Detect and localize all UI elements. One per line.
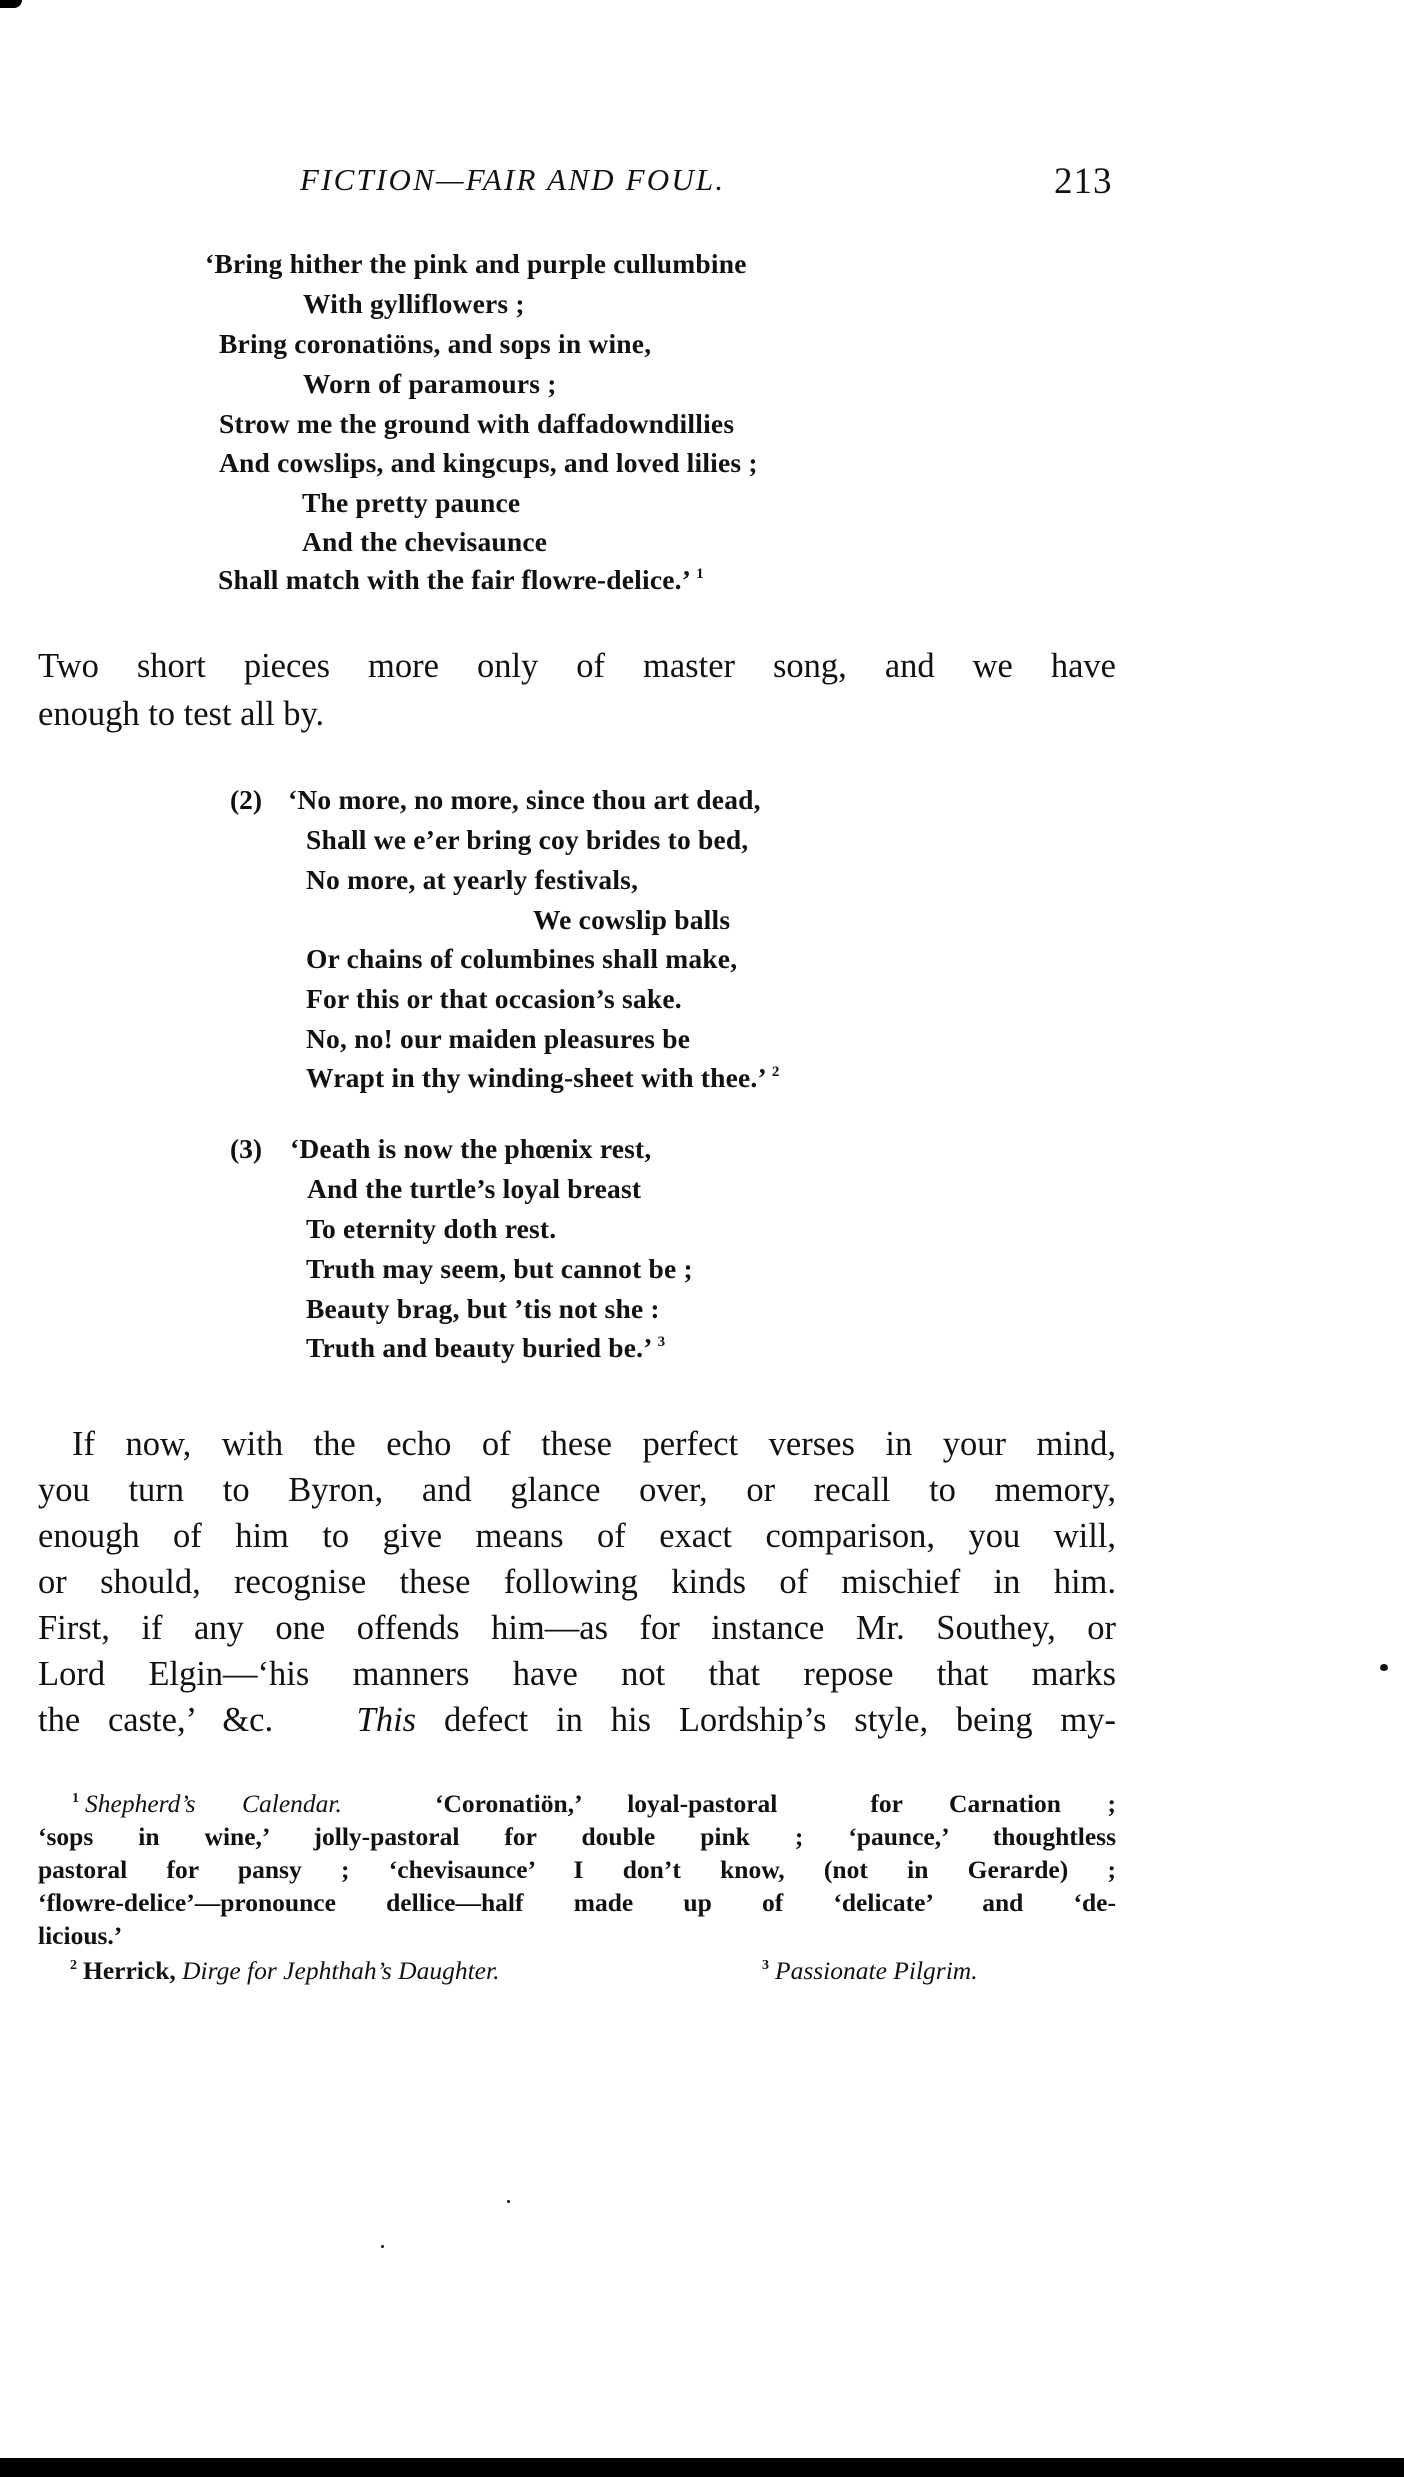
- footnote-mark: 1: [72, 1791, 79, 1806]
- prose-line: If now, with the echo of these perfect v…: [72, 1424, 1116, 1464]
- footnote-1: 1Shepherd’s Calendar. ‘Coronatiön,’ loya…: [72, 1789, 1116, 1819]
- prose-line: Lord Elgin—‘his manners have not that re…: [38, 1654, 1116, 1694]
- verse-line: ‘Bring hither the pink and purple cullum…: [205, 248, 747, 280]
- verse-line: ‘No more, no more, since thou art dead,: [288, 784, 761, 816]
- verse-line: Truth may seem, but cannot be ;: [306, 1253, 693, 1285]
- verse-number: (3): [230, 1133, 262, 1165]
- footnote-source: Shepherd’s Calendar.: [85, 1789, 342, 1818]
- page-number: 213: [1054, 160, 1113, 203]
- running-head: FICTION—FAIR AND FOUL. 213: [0, 160, 1404, 210]
- scan-corner-artifact: [0, 0, 22, 8]
- scan-speck: [1380, 1664, 1388, 1671]
- footnote-mark: 3: [762, 1958, 769, 1973]
- verse-line: We cowslip balls: [533, 904, 730, 936]
- prose-line: enough to test all by.: [38, 694, 1116, 734]
- verse-line: Truth and beauty buried be.’3: [306, 1332, 665, 1364]
- prose-line: enough of him to give means of exact com…: [38, 1516, 1116, 1556]
- book-page: FICTION—FAIR AND FOUL. 213 ‘Bring hither…: [0, 0, 1404, 2477]
- footnote-mark: 2: [70, 1958, 77, 1973]
- prose-line: or should, recognise these following kin…: [38, 1562, 1116, 1602]
- footnote-line: ‘flowre-delice’—pronounce dellice—half m…: [38, 1888, 1116, 1918]
- scan-bottom-edge: [0, 2458, 1404, 2477]
- verse-line: With gylliflowers ;: [303, 288, 525, 320]
- verse-line: To eternity doth rest.: [306, 1213, 556, 1245]
- footnote-title: Passionate Pilgrim.: [775, 1956, 978, 1985]
- verse-line: No, no! our maiden pleasures be: [306, 1023, 690, 1055]
- prose-line: First, if any one offends him—as for ins…: [38, 1608, 1116, 1648]
- verse-line: No more, at yearly festivals,: [306, 864, 638, 896]
- verse-line: Strow me the ground with daffadowndillie…: [219, 408, 734, 440]
- footnote-line: ‘sops in wine,’ jolly-pastoral for doubl…: [38, 1822, 1116, 1852]
- verse-line: And cowslips, and kingcups, and loved li…: [219, 447, 758, 479]
- prose-line: you turn to Byron, and glance over, or r…: [38, 1470, 1116, 1510]
- prose-line: the caste,’ &c. This defect in his Lords…: [38, 1700, 1116, 1740]
- verse-line: Bring corona­tiöns, and sops in wine,: [219, 328, 651, 360]
- footnote-3: 3Passionate Pilgrim.: [762, 1956, 1122, 1986]
- verse-number: (2): [230, 784, 262, 816]
- footnote-2: 2Herrick, Dirge for Jephthah’s Daughter.: [70, 1956, 690, 1986]
- verse-line: Shall match with the fair flowre-delice.…: [218, 564, 704, 596]
- footnote-title: Dirge for Jephthah’s Daughter.: [182, 1956, 499, 1985]
- verse-line: Or chains of columbines shall make,: [306, 943, 737, 975]
- verse-line: Shall we e’er bring coy brides to bed,: [306, 824, 749, 856]
- verse-line: And the chevisaunce: [302, 526, 547, 558]
- verse-line: Worn of paramours ;: [303, 368, 557, 400]
- scan-speck: [507, 2200, 510, 2203]
- verse-line: ‘Death is now the phœnix rest,: [290, 1133, 652, 1165]
- emphasis: This: [357, 1701, 416, 1739]
- verse-line: Beauty brag, but ’tis not she :: [306, 1293, 660, 1325]
- verse-line: Wrapt in thy winding-sheet with thee.’2: [306, 1062, 780, 1094]
- verse-line: For this or that occasion’s sake.: [306, 983, 682, 1015]
- footnote-ref: 1: [696, 566, 704, 582]
- verse-line: The pretty paunce: [302, 487, 520, 519]
- footnote-line: licious.’: [38, 1921, 1116, 1951]
- footnote-ref: 3: [658, 1334, 666, 1350]
- verse-line: And the turtle’s loyal breast: [307, 1173, 641, 1205]
- prose-line: Two short pieces more only of master son…: [38, 646, 1116, 686]
- running-title: FICTION—FAIR AND FOUL.: [300, 162, 725, 198]
- scan-speck: [381, 2245, 384, 2248]
- footnote-ref: 2: [772, 1064, 780, 1080]
- footnote-line: pastoral for pansy ; ‘chevisaunce’ I don…: [38, 1855, 1116, 1885]
